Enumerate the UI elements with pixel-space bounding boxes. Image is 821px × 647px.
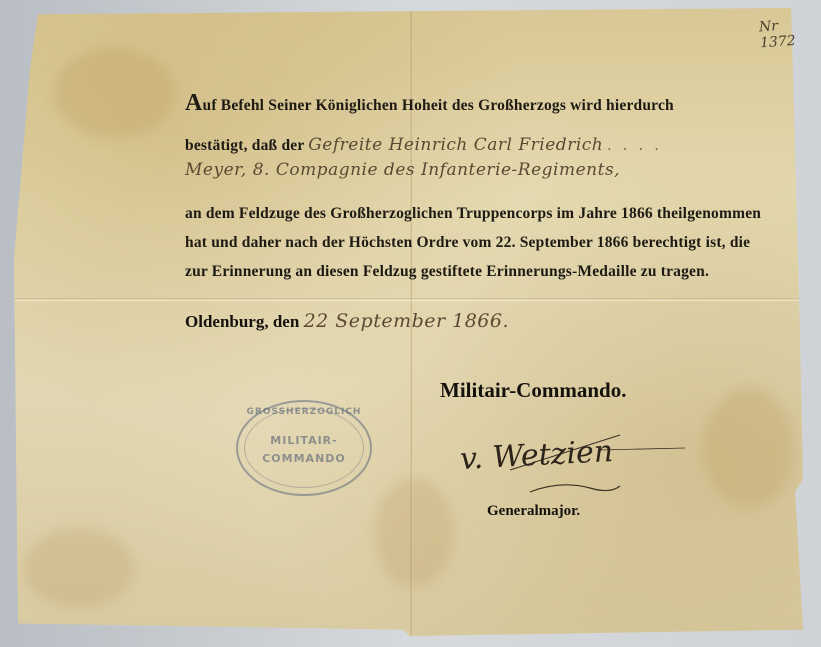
age-stain	[374, 478, 454, 588]
text-line-4: an dem Feldzuge des Großherzoglichen Tru…	[185, 205, 685, 223]
place-date-line: Oldenburg, den 22 September 1866.	[185, 310, 509, 332]
stamp-ring-text: GROSSHERZOGLICH	[238, 407, 370, 417]
stamp-line-2: COMMANDO	[238, 452, 370, 465]
issuer-title: Militair-Commando.	[440, 378, 626, 403]
age-stain	[704, 388, 794, 508]
stamp-line-1: MILITAIR-	[238, 434, 370, 447]
archive-number: Nr 1372	[758, 17, 801, 52]
drop-cap: A	[185, 90, 203, 116]
signatory-rank: Generalmajor.	[487, 503, 580, 520]
official-stamp: GROSSHERZOGLICH MILITAIR- COMMANDO	[236, 400, 372, 496]
text-line-1: Auf Befehl Seiner Königlichen Hoheit des…	[185, 90, 685, 117]
date-handwritten: 22 September 1866.	[304, 310, 509, 332]
horizontal-fold-line	[14, 298, 807, 302]
stamp-inner-ring	[244, 408, 364, 488]
text-line-2: bestätigt, daß der Gefreite Heinrich Car…	[185, 135, 685, 155]
text-line-6: zur Erinnerung an diesen Feldzug gestift…	[185, 263, 685, 281]
text-line-5: hat und daher nach der Höchsten Ordre vo…	[185, 234, 685, 252]
recipient-unit-handwritten: Meyer, 8. Compagnie des Infanterie-Regim…	[185, 160, 620, 180]
line-2-printed: bestätigt, daß der	[185, 137, 304, 154]
text-line-3: Meyer, 8. Compagnie des Infanterie-Regim…	[185, 160, 685, 180]
fill-dots: . . . .	[607, 137, 662, 154]
age-stain	[24, 528, 134, 608]
age-stain	[54, 48, 174, 138]
place-printed: Oldenburg, den	[185, 312, 299, 331]
line-1-text: uf Befehl Seiner Königlichen Hoheit des …	[203, 97, 674, 114]
recipient-name-handwritten: Gefreite Heinrich Carl Friedrich	[308, 135, 603, 155]
